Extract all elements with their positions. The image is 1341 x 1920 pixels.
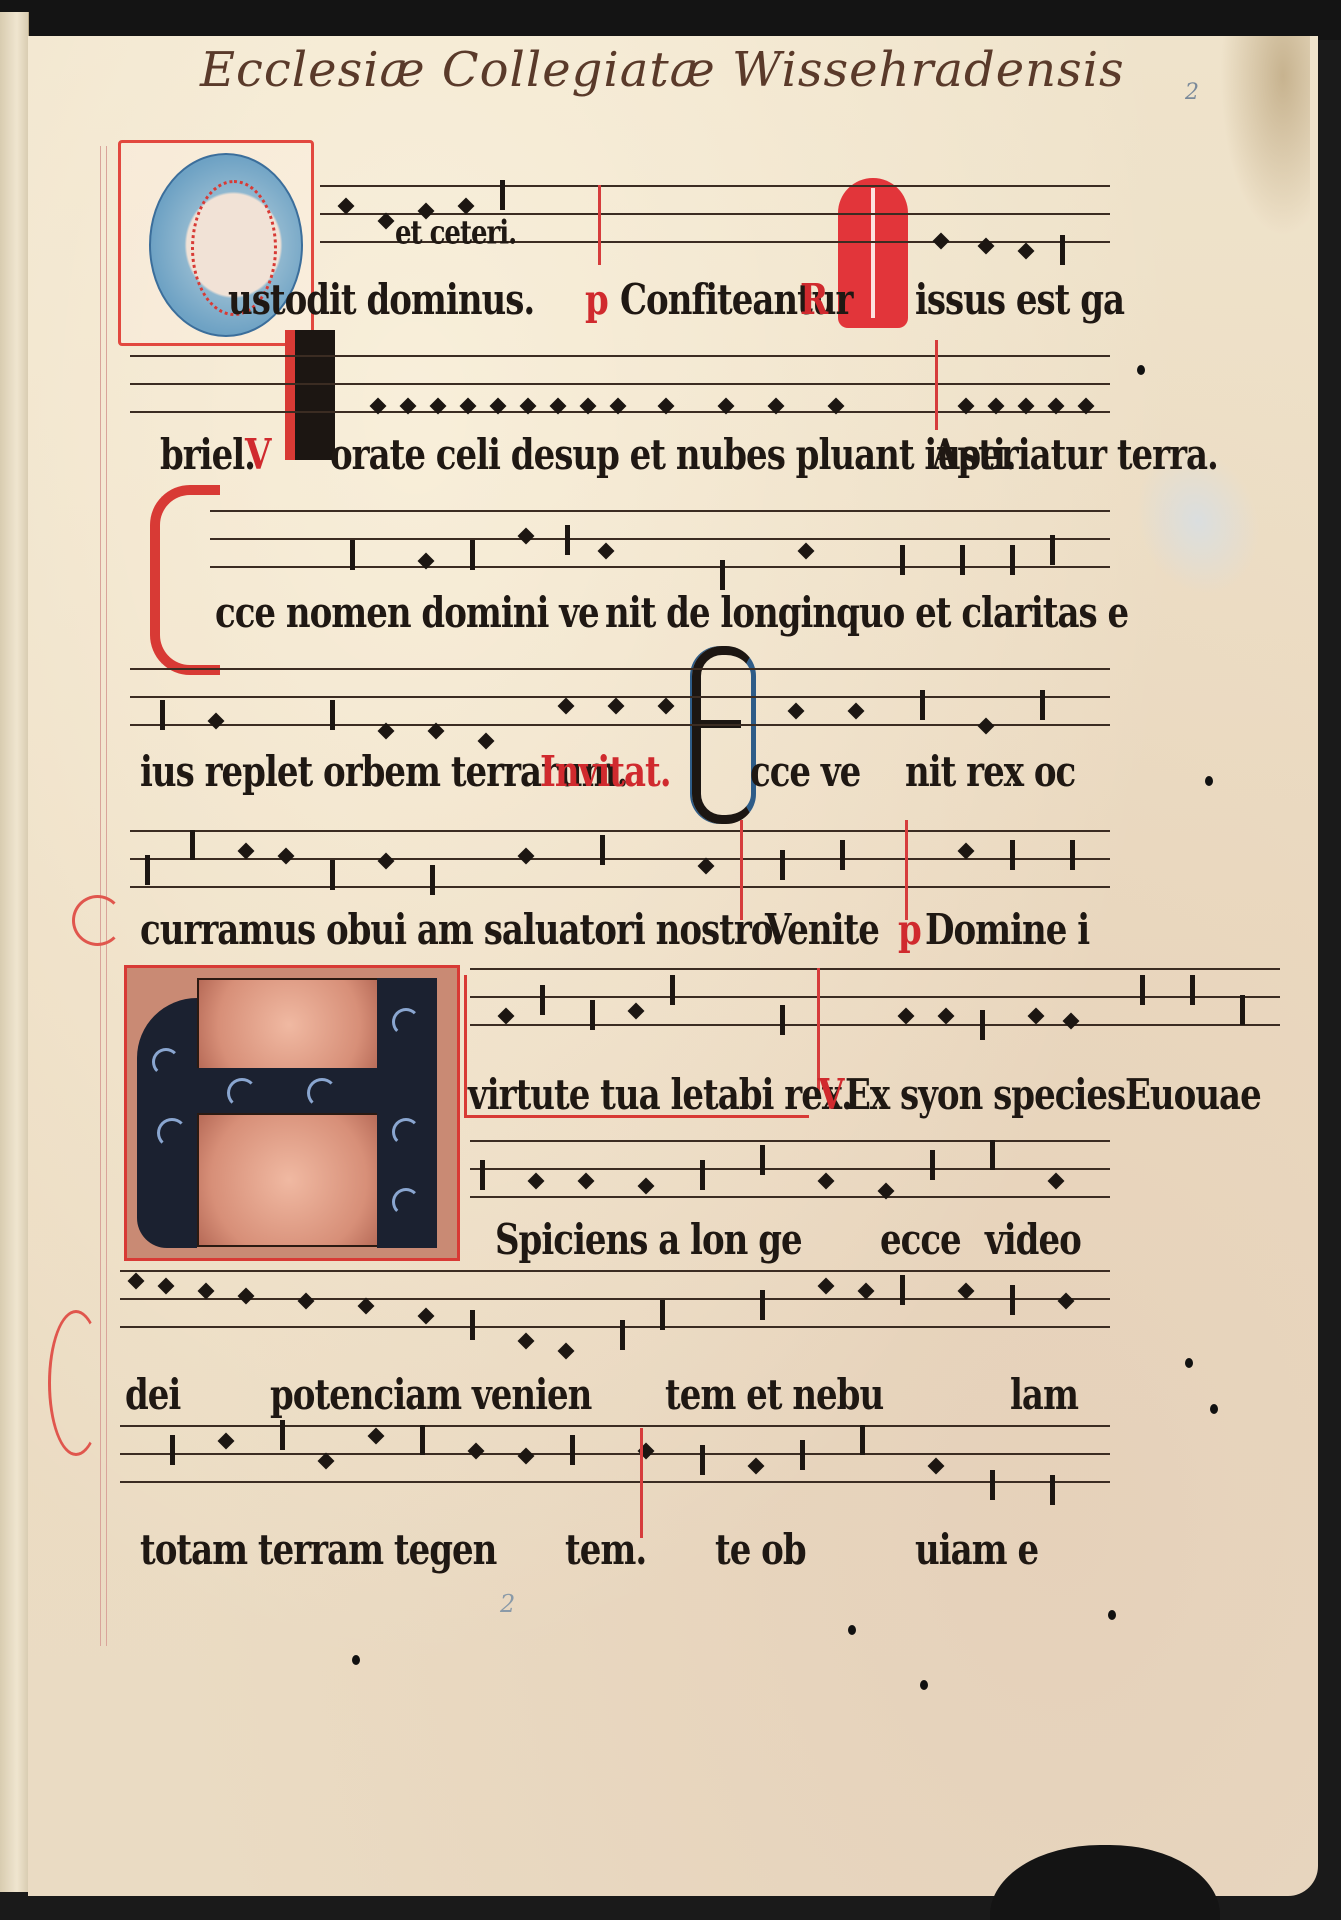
swirl-ornament xyxy=(307,1078,337,1108)
music-staff xyxy=(470,1140,1110,1224)
neume-stem xyxy=(570,1435,575,1465)
music-staff xyxy=(130,830,1110,914)
neume-stem xyxy=(330,700,335,730)
neume-stem xyxy=(980,1010,985,1040)
neume-stem xyxy=(170,1435,175,1465)
neume-stem xyxy=(860,1425,865,1455)
lyric-segment: Spiciens a lon ge xyxy=(495,1215,802,1265)
neume-stem xyxy=(350,540,355,570)
initial-h-upper-panel xyxy=(197,978,381,1072)
lyric-segment: nit de longinquo et claritas e xyxy=(605,588,1128,638)
lyric-segment: ustodit dominus. xyxy=(228,275,534,325)
lyric-segment: cce nomen domini ve xyxy=(215,588,599,638)
red-division-bar xyxy=(935,340,938,430)
ownership-inscription: Ecclesiæ Collegiatæ Wissehradensis xyxy=(200,42,1125,98)
neume-stem xyxy=(900,545,905,575)
swirl-ornament xyxy=(392,1008,420,1036)
lyric-segment: virtute tua letabi rex. xyxy=(468,1070,852,1120)
neume-stem xyxy=(280,1420,285,1450)
folio-number: 2 xyxy=(1185,80,1199,105)
lyric-segment: et ceteri. xyxy=(395,215,516,253)
neume-stem xyxy=(760,1290,765,1320)
adjacent-leaf-edge xyxy=(0,12,29,1892)
red-division-bar xyxy=(640,1428,643,1538)
rubric-segment: Invitat. xyxy=(540,747,671,797)
neume-stem xyxy=(190,830,195,860)
prick-mark xyxy=(1205,776,1213,786)
neume-stem xyxy=(700,1160,705,1190)
neume-stem xyxy=(480,1160,485,1190)
rubric-segment: p xyxy=(585,275,608,325)
lyric-segment: potenciam venien xyxy=(270,1370,591,1420)
music-staff xyxy=(210,510,1110,594)
lyric-segment: orate celi desup et nubes pluant iusti. xyxy=(330,430,1016,480)
prick-mark xyxy=(848,1625,856,1635)
swirl-ornament xyxy=(392,1188,420,1216)
dark-backdrop xyxy=(0,0,1341,40)
lyric-segment: issus est ga xyxy=(915,275,1124,325)
neume-stem xyxy=(1070,840,1075,870)
swirl-ornament xyxy=(152,1048,180,1076)
neume-stem xyxy=(1050,535,1055,565)
initial-h-lower-panel xyxy=(197,1113,381,1247)
lyric-segment: te ob xyxy=(715,1525,806,1575)
neume-stem xyxy=(1190,975,1195,1005)
neume-stem xyxy=(1040,690,1045,720)
red-flourish xyxy=(48,1310,104,1456)
pencil-folio-number: 2 xyxy=(500,1590,515,1618)
neume-stem xyxy=(720,560,725,590)
neume-stem xyxy=(700,1445,705,1475)
neume-stem xyxy=(900,1275,905,1305)
lyric-segment: Aperiatur terra. xyxy=(932,430,1218,480)
neume-stem xyxy=(1010,545,1015,575)
lyric-segment: totam terram tegen xyxy=(140,1525,496,1575)
neume-stem xyxy=(1140,975,1145,1005)
lyric-segment: briel. xyxy=(160,430,255,480)
neume-stem xyxy=(470,1310,475,1340)
prick-mark xyxy=(920,1680,928,1690)
neume-stem xyxy=(670,975,675,1005)
neume-stem xyxy=(760,1145,765,1175)
neume-stem xyxy=(1060,235,1065,265)
neume-stem xyxy=(565,525,570,555)
neume-stem xyxy=(990,1140,995,1170)
lyric-segment: Venite xyxy=(765,905,879,955)
neume-stem xyxy=(430,865,435,895)
neume-stem xyxy=(840,840,845,870)
neume-stem xyxy=(1010,840,1015,870)
prick-mark xyxy=(1185,1358,1193,1368)
neume-stem xyxy=(920,690,925,720)
swirl-ornament xyxy=(157,1118,187,1148)
lyric-segment: Ex syon species xyxy=(845,1070,1125,1120)
rubric-segment: p xyxy=(898,905,921,955)
neume-stem xyxy=(620,1320,625,1350)
red-flourish xyxy=(72,895,123,946)
neume-stem xyxy=(960,545,965,575)
neume-stem xyxy=(540,985,545,1015)
illuminated-initial-h xyxy=(124,965,460,1261)
neume-stem xyxy=(1240,995,1245,1025)
lyric-segment: lam xyxy=(1010,1370,1078,1420)
neume-stem xyxy=(470,540,475,570)
neume-stem xyxy=(330,860,335,890)
lyric-segment: Domine i xyxy=(925,905,1089,955)
music-staff xyxy=(120,1270,1110,1354)
neume-stem xyxy=(600,835,605,865)
initial-h-crossbar xyxy=(197,1068,377,1113)
corner-stain xyxy=(1220,36,1310,236)
swirl-ornament xyxy=(227,1078,257,1108)
lyric-segment: video xyxy=(985,1215,1081,1265)
prick-mark xyxy=(1210,1404,1218,1414)
music-staff xyxy=(120,1425,1110,1509)
neume-stem xyxy=(500,180,505,210)
swirl-ornament xyxy=(392,1118,420,1146)
music-staff xyxy=(130,355,1110,439)
prick-mark xyxy=(1137,365,1145,375)
neume-stem xyxy=(780,850,785,880)
lyric-segment: dei xyxy=(125,1370,180,1420)
lyric-segment: cce ve xyxy=(750,747,860,797)
lyric-segment: ecce xyxy=(880,1215,961,1265)
lyric-segment: tem et nebu xyxy=(665,1370,883,1420)
neume-stem xyxy=(160,700,165,730)
red-division-bar xyxy=(598,185,601,265)
prick-mark xyxy=(352,1655,360,1665)
neume-stem xyxy=(1010,1285,1015,1315)
rubric-segment: R xyxy=(800,275,827,325)
neume-stem xyxy=(1050,1475,1055,1505)
prick-mark xyxy=(1108,1610,1116,1620)
lyric-segment: uiam e xyxy=(915,1525,1038,1575)
lyric-segment: nit rex oc xyxy=(905,747,1075,797)
neume-stem xyxy=(990,1470,995,1500)
lyric-segment: Euouae xyxy=(1125,1070,1261,1120)
lyric-segment: tem. xyxy=(565,1525,646,1575)
neume-stem xyxy=(145,855,150,885)
neume-stem xyxy=(420,1425,425,1455)
neume-stem xyxy=(660,1300,665,1330)
lyric-segment: curramus obui am saluatori nostro. xyxy=(140,905,783,955)
neume-stem xyxy=(780,1005,785,1035)
neume-stem xyxy=(800,1440,805,1470)
neume-stem xyxy=(590,1000,595,1030)
rubric-segment: V xyxy=(818,1070,843,1120)
rubric-segment: V xyxy=(245,430,270,480)
neume-stem xyxy=(930,1150,935,1180)
